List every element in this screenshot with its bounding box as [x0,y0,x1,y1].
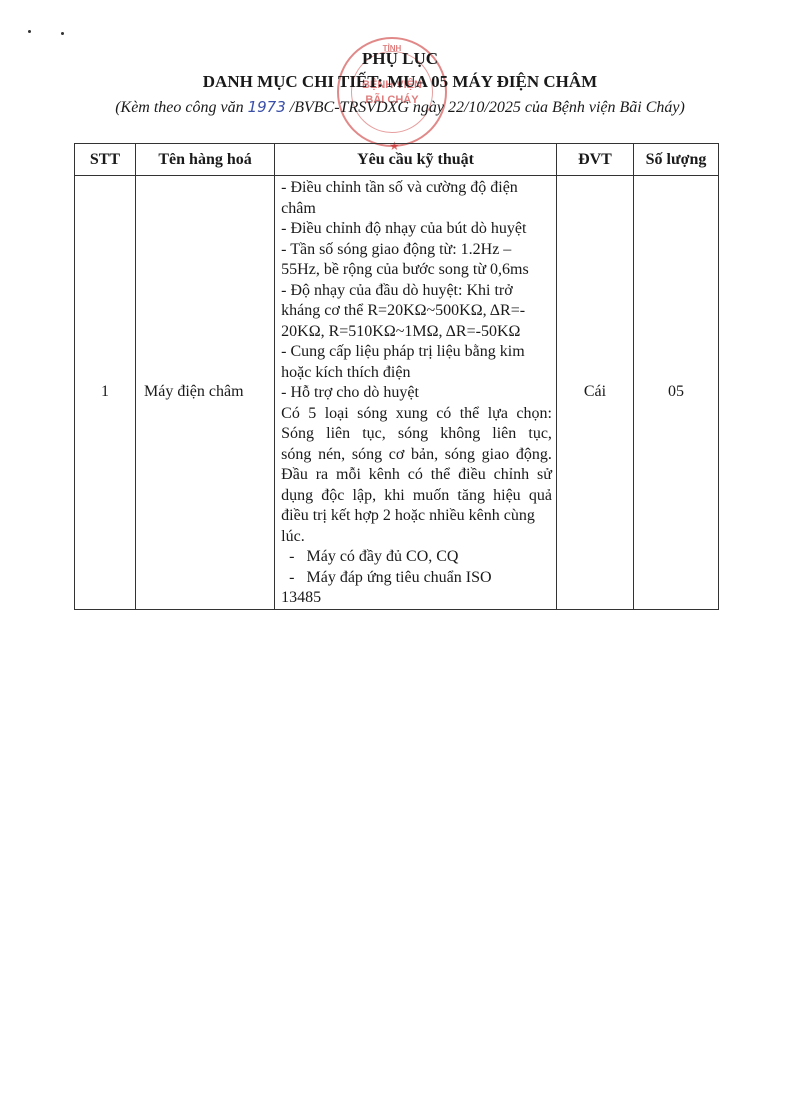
requirement-line: hoặc kích thích điện [281,363,552,384]
scan-speck [28,30,31,33]
requirement-line: Sóng liên tục, sóng không liên tục, [281,424,552,445]
cell-unit: Cái [556,176,633,610]
table-header-row: STT Tên hàng hoá Yêu cầu kỹ thuật ĐVT Số… [75,144,719,176]
requirement-line: kháng cơ thể R=20KΩ~500KΩ, ΔR=- [281,301,552,322]
column-header-unit: ĐVT [556,144,633,176]
column-header-quantity: Số lượng [634,144,719,176]
requirement-line: - Máy đáp ứng tiêu chuẩn ISO [281,568,552,589]
equipment-table: STT Tên hàng hoá Yêu cầu kỹ thuật ĐVT Số… [74,143,719,610]
table-row: 1 Máy điện châm - Điều chỉnh tần số và c… [75,176,719,610]
requirement-line: sóng nén, sóng cơ bản, sóng giao động. [281,445,552,466]
cell-quantity: 05 [634,176,719,610]
requirement-line: lúc. [281,527,552,548]
requirement-line: 20KΩ, R=510KΩ~1MΩ, ΔR=-50KΩ [281,322,552,343]
reference-prefix: (Kèm theo công văn [115,99,247,116]
document-subtitle: DANH MỤC CHI TIẾT: MUA 05 MÁY ĐIỆN CHÂM [0,72,800,92]
scan-speck [61,32,64,35]
requirement-line: điều trị kết hợp 2 hoặc nhiều kênh cùng [281,506,552,527]
requirement-line: - Tần số sóng giao động từ: 1.2Hz – [281,240,552,261]
cell-stt: 1 [75,176,136,610]
column-header-name: Tên hàng hoá [135,144,274,176]
requirement-line: - Hỗ trợ cho dò huyệt [281,383,552,404]
document-reference: (Kèm theo công văn 1973 /BVBC-TRSVDXG ng… [0,98,800,117]
requirement-line: dụng độc lập, khi muốn tăng hiệu quả [281,486,552,507]
requirement-line: Đầu ra mỗi kênh có thể điều chỉnh sử [281,465,552,486]
requirement-line: 55Hz, bề rộng của bước song từ 0,6ms [281,260,552,281]
reference-suffix: /BVBC-TRSVDXG ngày 22/10/2025 của Bệnh v… [286,99,685,116]
requirement-line: Có 5 loại sóng xung có thể lựa chọn: [281,404,552,425]
requirement-line: châm [281,199,552,220]
column-header-requirements: Yêu cầu kỹ thuật [275,144,557,176]
requirement-line: - Độ nhạy của đầu dò huyệt: Khi trở [281,281,552,302]
document-title: PHỤ LỤC [0,49,800,69]
cell-name: Máy điện châm [135,176,274,610]
requirement-line: - Cung cấp liệu pháp trị liệu bằng kim [281,342,552,363]
requirement-line: 13485 [281,588,552,609]
requirement-line: - Điều chỉnh độ nhạy của bút dò huyệt [281,219,552,240]
requirement-line: - Máy có đầy đủ CO, CQ [281,547,552,568]
column-header-stt: STT [75,144,136,176]
requirement-line: - Điều chỉnh tần số và cường độ điện [281,178,552,199]
cell-requirements: - Điều chỉnh tần số và cường độ điệnchâm… [275,176,557,610]
reference-number: 1973 [248,98,286,116]
